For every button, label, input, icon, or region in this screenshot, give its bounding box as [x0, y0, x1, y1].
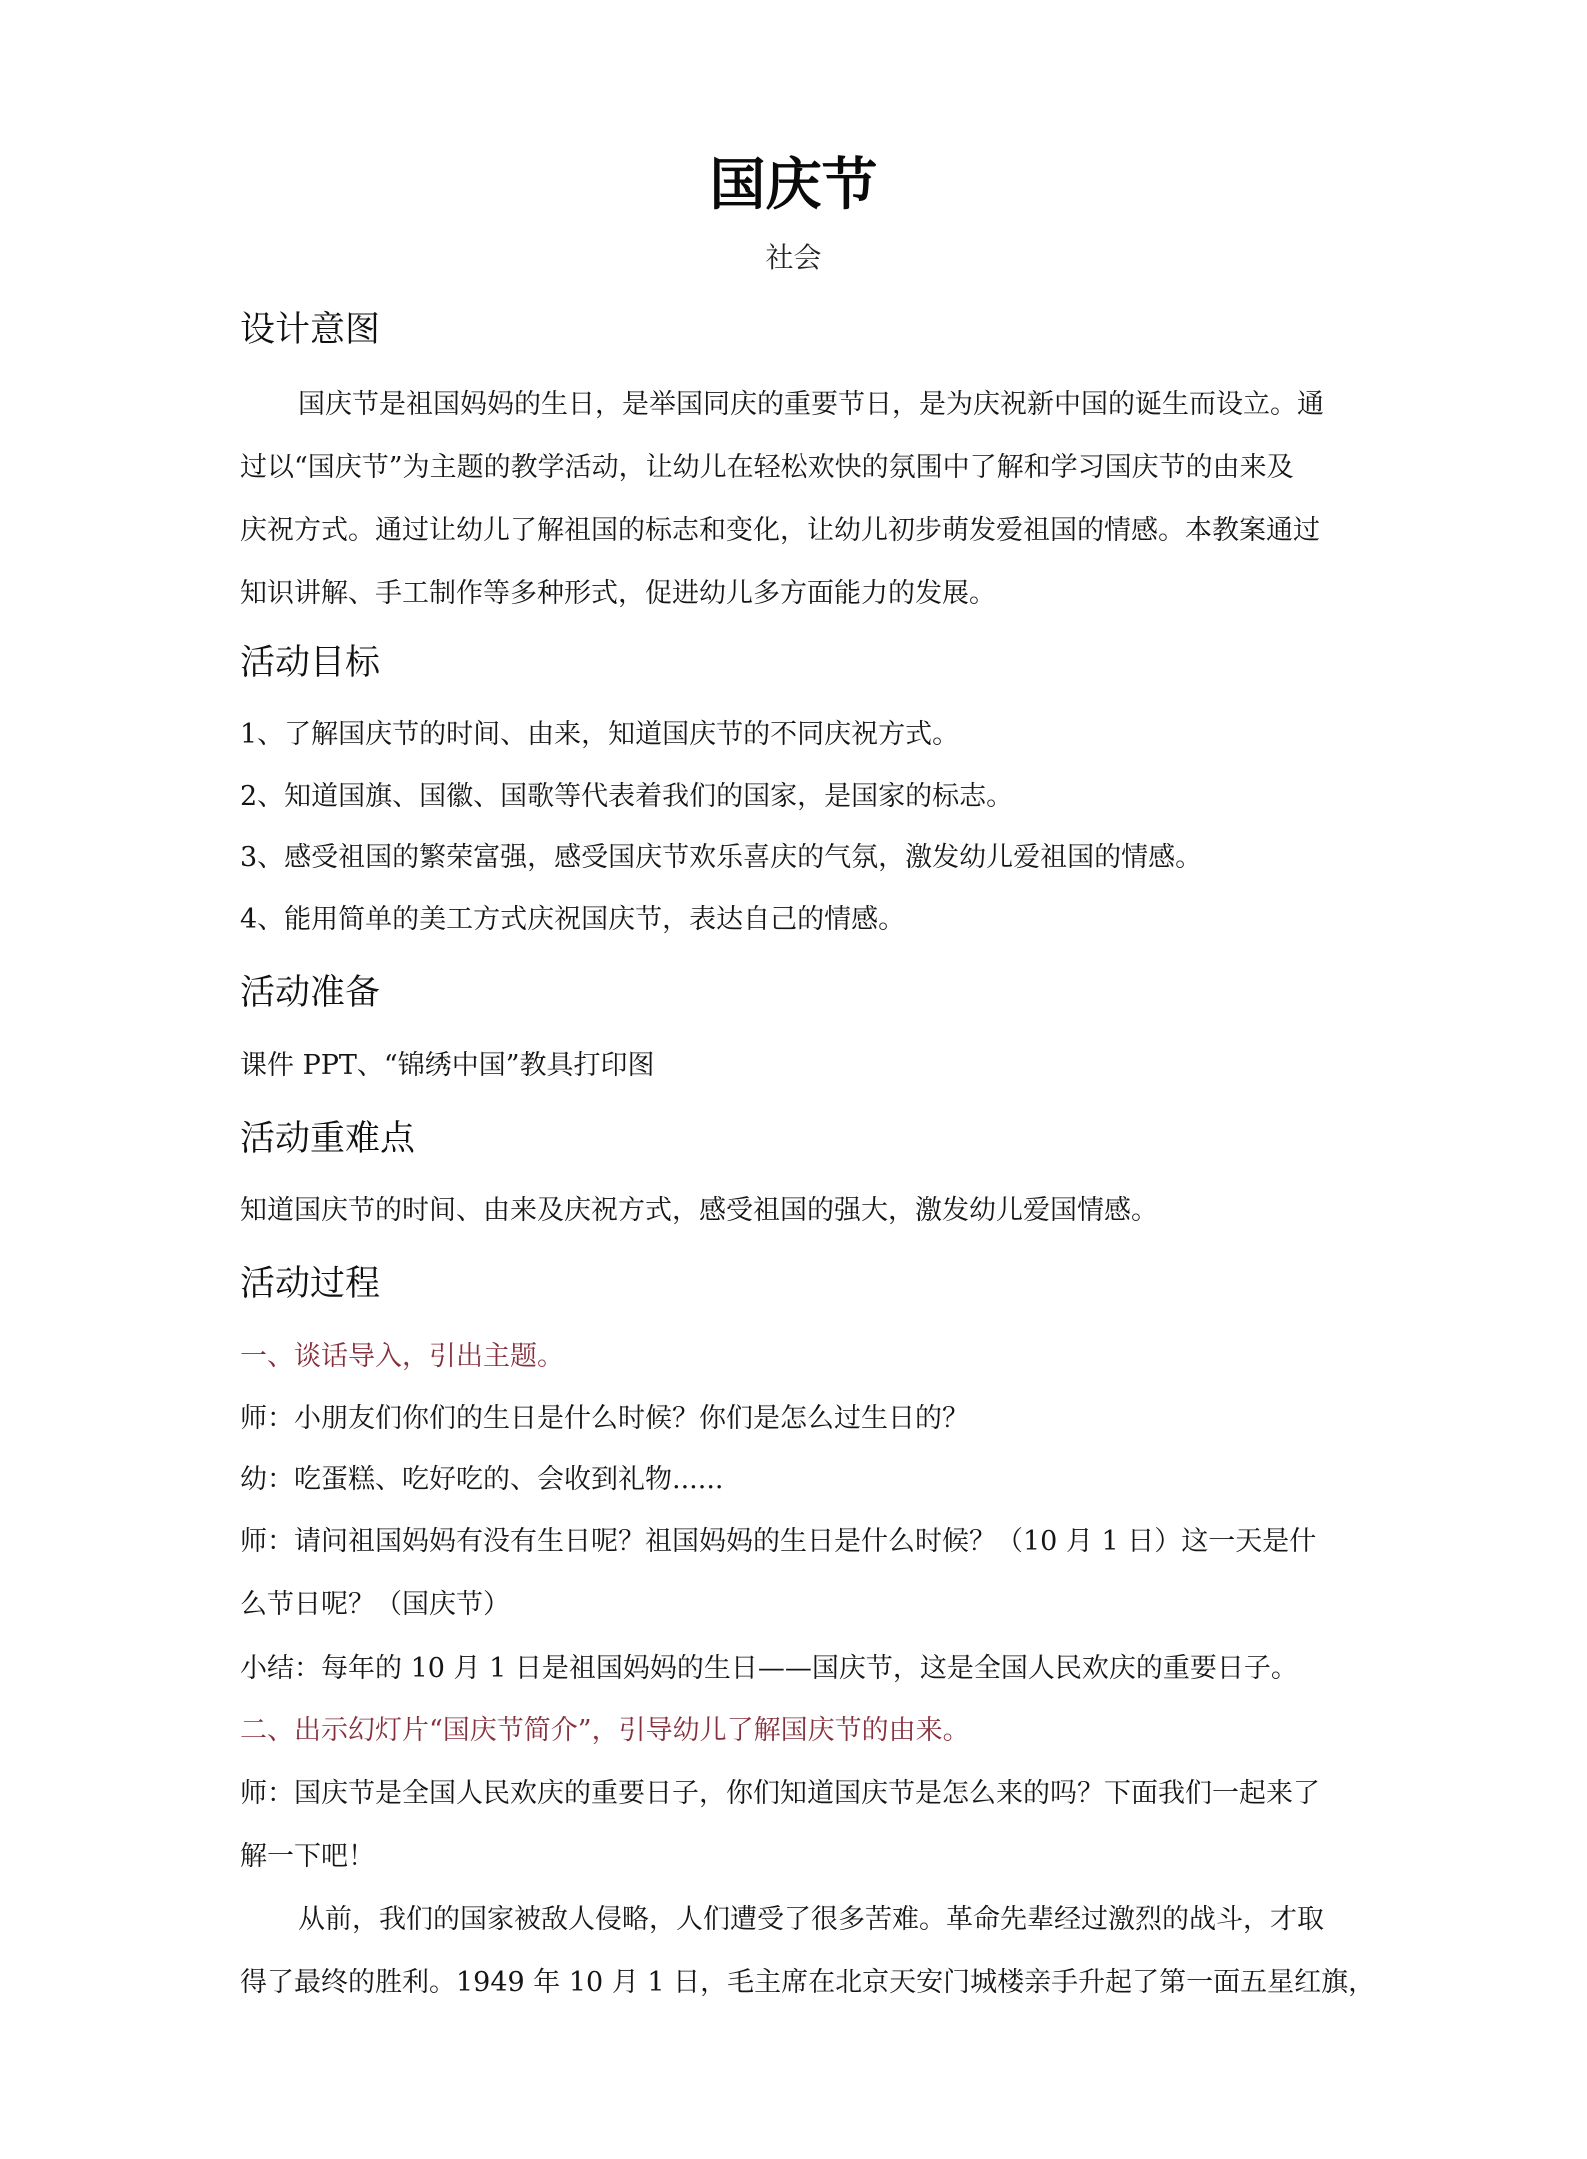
dialogue-line: 师：小朋友们你们的生日是什么时候？你们是怎么过生日的？ — [240, 1402, 969, 1436]
paragraph-line: 国庆节是祖国妈妈的生日，是举国同庆的重要节日，是为庆祝新中国的诞生而设立。通 — [298, 388, 1324, 422]
paragraph-line: 知识讲解、手工制作等多种形式，促进幼儿多方面能力的发展。 — [240, 577, 996, 611]
dialogue-line: 师：国庆节是全国人民欢庆的重要日子，你们知道国庆节是怎么来的吗？下面我们一起来了 — [240, 1777, 1320, 1811]
goal-item: 3、感受祖国的繁荣富强，感受国庆节欢乐喜庆的气氛，激发幼儿爱祖国的情感。 — [240, 841, 1202, 875]
dialogue-line: 么节日呢？（国庆节） — [240, 1588, 510, 1622]
process-step-1-title: 一、谈话导入，引出主题。 — [240, 1340, 564, 1374]
dialogue-line: 师：请问祖国妈妈有没有生日呢？祖国妈妈的生日是什么时候？（10 月 1 日）这一… — [240, 1525, 1316, 1559]
paragraph-line: 庆祝方式。通过让幼儿了解祖国的标志和变化，让幼儿初步萌发爱祖国的情感。本教案通过 — [240, 514, 1320, 548]
document-page: 国庆节 社会 设计意图 国庆节是祖国妈妈的生日，是举国同庆的重要节日，是为庆祝新… — [0, 0, 1587, 2159]
heading-design-intent: 设计意图 — [240, 308, 380, 352]
heading-key-points: 活动重难点 — [240, 1117, 415, 1161]
document-subtitle: 社会 — [0, 240, 1587, 276]
summary-line: 小结：每年的 10 月 1 日是祖国妈妈的生日——国庆节，这是全国人民欢庆的重要… — [240, 1652, 1298, 1686]
paragraph-line: 从前，我们的国家被敌人侵略，人们遭受了很多苦难。革命先辈经过激烈的战斗，才取 — [298, 1903, 1324, 1937]
dialogue-line: 解一下吧！ — [240, 1840, 375, 1874]
goal-item: 4、能用简单的美工方式庆祝国庆节，表达自己的情感。 — [240, 903, 905, 937]
heading-goals: 活动目标 — [240, 641, 380, 685]
key-points-text: 知道国庆节的时间、由来及庆祝方式，感受祖国的强大，激发幼儿爱国情感。 — [240, 1194, 1158, 1228]
process-step-2-title: 二、出示幻灯片“国庆节简介”，引导幼儿了解国庆节的由来。 — [240, 1714, 970, 1748]
paragraph-line: 得了最终的胜利。1949 年 10 月 1 日，毛主席在北京天安门城楼亲手升起了… — [240, 1966, 1375, 2000]
heading-preparation: 活动准备 — [240, 971, 380, 1015]
goal-item: 2、知道国旗、国徽、国歌等代表着我们的国家，是国家的标志。 — [240, 780, 1013, 814]
heading-process: 活动过程 — [240, 1262, 380, 1306]
dialogue-line: 幼：吃蛋糕、吃好吃的、会收到礼物...... — [240, 1463, 724, 1497]
preparation-text: 课件 PPT、“锦绣中国”教具打印图 — [240, 1049, 655, 1083]
paragraph-line: 过以“国庆节”为主题的教学活动，让幼儿在轻松欢快的氛围中了解和学习国庆节的由来及 — [240, 451, 1294, 485]
goal-item: 1、了解国庆节的时间、由来，知道国庆节的不同庆祝方式。 — [240, 718, 959, 752]
document-title: 国庆节 — [0, 150, 1587, 220]
